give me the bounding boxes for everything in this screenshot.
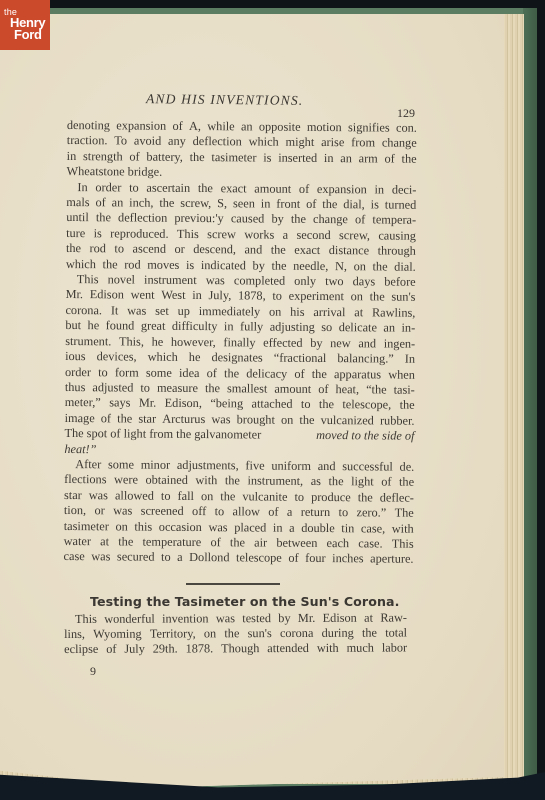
text-line: eclipseofJuly29th.1878.Thoughattendedwit… <box>64 641 407 658</box>
text-line-mixed: The spot of light from the galvanometer … <box>64 426 414 444</box>
running-head: AND HIS INVENTIONS. <box>146 91 304 109</box>
text-line: ThiswonderfulinventionwastestedbyMr.Edis… <box>64 611 407 628</box>
logo-ford: Ford <box>14 29 50 41</box>
section-body-text: ThiswonderfulinventionwastestedbyMr.Edis… <box>64 611 407 658</box>
text-line: tasimeteronthisoccasionwasplacedinadoubl… <box>64 519 414 537</box>
section-divider <box>186 583 280 585</box>
text-line: casewassecuredtoaDollondtelescopeoffouri… <box>63 549 413 567</box>
section-heading: Testing the Tasimeter on the Sun's Coron… <box>90 594 400 609</box>
text-line: buthefoundgreatdifficultyinfullyadjustin… <box>65 318 415 336</box>
cover-spine-shade <box>523 8 537 790</box>
italic-span: moved to the side of <box>316 428 414 444</box>
text-span: The spot of light from the galvanometer <box>64 426 261 443</box>
book-scan: the Henry Ford AND HIS INVENTIONS. 129 d… <box>0 0 545 800</box>
text-line: lins,WyomingTerritory,onthesun'scoronadu… <box>64 626 407 643</box>
signature-mark: 9 <box>90 664 96 679</box>
body-text: denotingexpansionofA,whileanoppositemoti… <box>63 118 416 568</box>
text-line: therodtoascendordescend,andtheexactdista… <box>66 241 416 259</box>
henry-ford-logo: the Henry Ford <box>0 0 50 50</box>
page-number: 129 <box>397 106 415 121</box>
